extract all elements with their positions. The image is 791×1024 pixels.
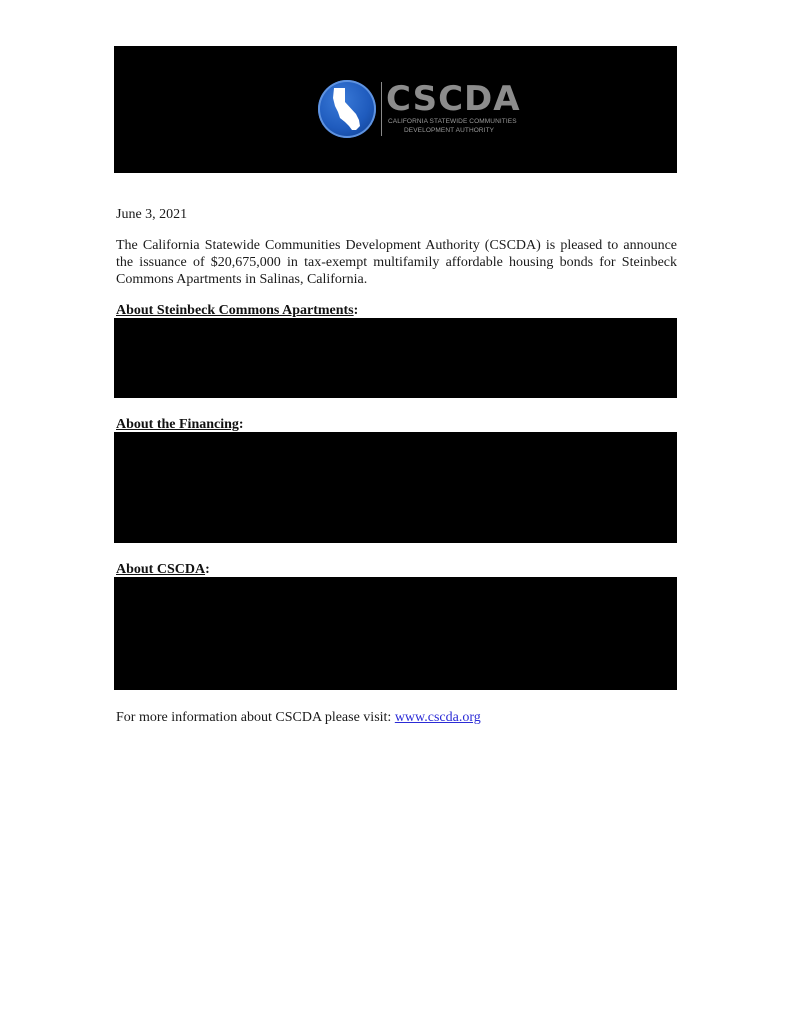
section-heading-text: About the Financing xyxy=(116,417,239,432)
heading-colon: : xyxy=(239,417,244,432)
cscda-logo: CSCDA California Statewide Communities D… xyxy=(318,80,518,140)
document-page: CSCDA California Statewide Communities D… xyxy=(0,0,791,1024)
heading-colon: : xyxy=(205,562,210,577)
intro-paragraph: The California Statewide Communities Dev… xyxy=(116,237,677,288)
section-heading-text: About Steinbeck Commons Apartments xyxy=(116,303,354,318)
section-heading-financing: About the Financing: xyxy=(116,416,244,433)
section-heading-text: About CSCDA xyxy=(116,562,205,577)
document-date: June 3, 2021 xyxy=(116,206,677,223)
logo-subtitle-line1: California Statewide Communities xyxy=(388,118,517,125)
footer-info-line: For more information about CSCDA please … xyxy=(116,709,677,726)
redacted-block-cscda xyxy=(114,577,677,690)
footer-text: For more information about CSCDA please … xyxy=(116,710,395,725)
redacted-block-steinbeck xyxy=(114,318,677,398)
section-heading-cscda: About CSCDA: xyxy=(116,561,210,578)
logo-subtitle-line2: Development Authority xyxy=(404,127,494,134)
cscda-website-link[interactable]: www.cscda.org xyxy=(395,710,481,725)
section-heading-steinbeck: About Steinbeck Commons Apartments: xyxy=(116,302,358,319)
california-globe-icon xyxy=(318,80,376,138)
heading-colon: : xyxy=(354,303,359,318)
redacted-block-financing xyxy=(114,432,677,543)
logo-divider xyxy=(381,82,382,136)
logo-wordmark: CSCDA xyxy=(386,80,521,118)
